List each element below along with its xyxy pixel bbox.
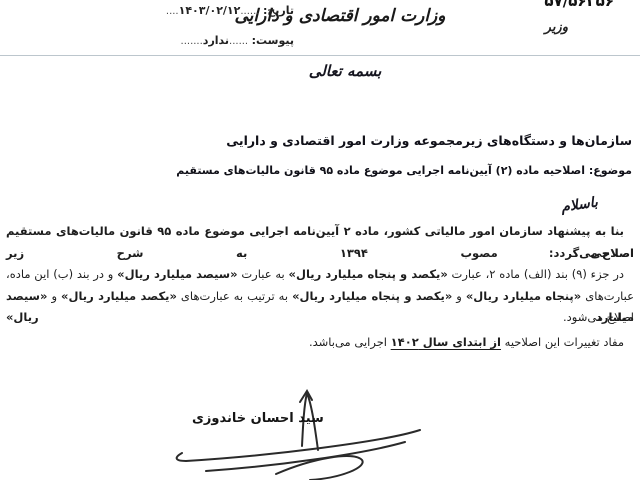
- letter-body: بنا به پیشنهاد سازمان امور مالیاتی کشور،…: [6, 221, 634, 353]
- date-dots: ......: [240, 6, 259, 17]
- addressee-line: سازمان‌ها و دستگاه‌های زیرمجموعه وزارت ا…: [8, 133, 632, 148]
- body-text: و: [452, 289, 466, 303]
- amount-old: «یکصد و پنجاه میلیارد ریال»: [289, 267, 448, 281]
- effective-date: از ابتدای سال ۱۴۰۲: [391, 335, 501, 349]
- date-dots: ....: [166, 6, 179, 17]
- body-text: و: [47, 289, 61, 303]
- header-divider: [0, 55, 640, 56]
- body-text: عبارت‌های: [581, 289, 634, 303]
- body-text: در جزء (۹) بند (الف) ماده ۲، عبارت: [448, 267, 624, 281]
- signer-name: سید احسان خاندوزی: [192, 411, 324, 426]
- besmele-calligraphy: بسمه تعالی: [50, 62, 640, 80]
- effective-date-line: مفاد تغییرات این اصلاحیه از ابتدای سال ۱…: [6, 332, 634, 354]
- date-label: تاریخ:: [263, 4, 294, 17]
- body-line: عبارت‌های «پنجاه میلیارد ریال» و «یکصد و…: [6, 286, 634, 308]
- letterhead-meta: تاریخ: ......۱۴۰۳/۰۲/۱۲.... پیوست: .....…: [8, 3, 294, 50]
- attachment-dots: .......: [181, 36, 203, 47]
- body-text: مفاد تغییرات این اصلاحیه: [501, 335, 624, 349]
- body-line: بنا به پیشنهاد سازمان امور مالیاتی کشور،…: [6, 221, 634, 243]
- subject-line: موضوع: اصلاحیه ماده (۲) آیین‌نامه اجرایی…: [8, 164, 632, 177]
- amount-old: «یکصد و پنجاه میلیارد ریال»: [292, 289, 452, 303]
- attachment-row: پیوست: ......ندارد.......: [8, 33, 294, 50]
- body-text: به عبارت: [238, 267, 289, 281]
- attachment-value: ندارد: [203, 34, 229, 47]
- attachment-dots: ......: [229, 36, 248, 47]
- body-text: و در بند (ب) این ماده،: [6, 267, 117, 281]
- salutation: باسلام: [560, 195, 599, 216]
- body-text: به ترتیب به عبارت‌های: [177, 289, 292, 303]
- body-line: در جزء (۹) بند (الف) ماده ۲، عبارت «یکصد…: [6, 264, 634, 286]
- date-value: ۱۴۰۳/۰۲/۱۲: [179, 4, 241, 17]
- amount-new: «یکصد میلیارد ریال»: [61, 289, 177, 303]
- amount-old: «پنجاه میلیارد ریال»: [466, 289, 581, 303]
- handwritten-signature: [158, 386, 428, 480]
- body-text: اجرایی می‌باشد.: [309, 335, 391, 349]
- letter-page: { "letterhead": { "ref_number_clipped": …: [0, 0, 640, 480]
- attachment-label: پیوست:: [252, 34, 294, 47]
- date-row: تاریخ: ......۱۴۰۳/۰۲/۱۲....: [8, 3, 294, 20]
- amount-new: «سیصد میلیارد ریال»: [117, 267, 237, 281]
